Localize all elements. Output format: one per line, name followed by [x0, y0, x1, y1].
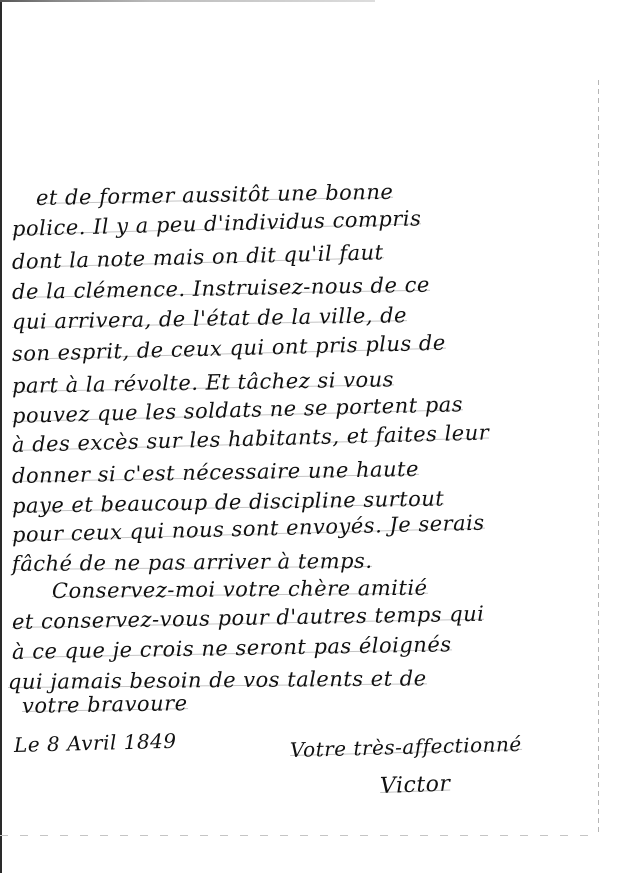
letter-line: donner si c'est nécessaire une haute [12, 457, 419, 488]
letter-dateline: Le 8 Avril 1849 [14, 729, 177, 757]
letter-line: Conservez-moi votre chère amitié [52, 576, 428, 603]
paper-fold-bottom [0, 835, 598, 836]
letter-line: dont la note mais on dit qu'il faut [12, 240, 384, 274]
letter-line: qui arrivera, de l'état de la ville, de [12, 303, 407, 334]
letter-line: son esprit, de ceux qui ont pris plus de [12, 331, 446, 366]
letter-line: part à la révolte. Et tâchez si vous [12, 367, 394, 398]
letter-closing: Votre très-affectionné [290, 732, 522, 762]
scan-top-edge [0, 0, 375, 2]
letter-page: et de former aussitôt une bonne police. … [0, 0, 619, 873]
paper-fold-right [598, 80, 599, 835]
letter-line: à ce que je crois ne seront pas éloignés [12, 632, 452, 664]
letter-line: qui jamais besoin de vos talents et de [8, 666, 427, 694]
letter-line: votre bravoure [22, 691, 188, 718]
letter-signature: Victor [380, 772, 451, 799]
letter-line: fâché de ne pas arriver à temps. [12, 549, 373, 576]
letter-line: police. Il y a peu d'individus compris [12, 206, 422, 241]
scan-left-edge [0, 0, 2, 873]
letter-line: et de former aussitôt une bonne [36, 180, 394, 210]
letter-line: de la clémence. Instruisez-nous de ce [12, 273, 430, 304]
letter-line: et conservez-vous pour d'autres temps qu… [12, 602, 485, 634]
